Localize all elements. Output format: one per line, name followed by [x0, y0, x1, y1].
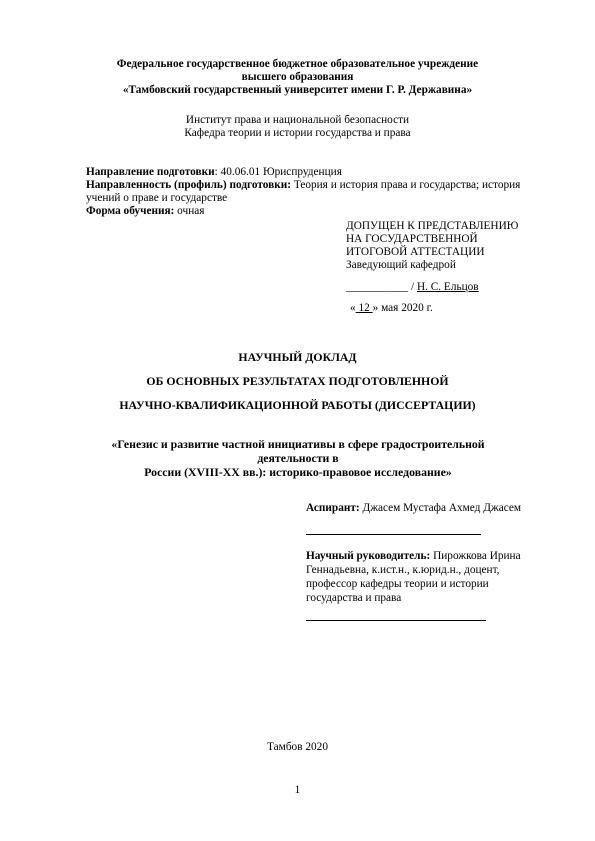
- approval-line-1: ДОПУЩЕН К ПРЕДСТАВЛЕНИЮ: [346, 220, 546, 233]
- document-title: НАУЧНЫЙ ДОКЛАД ОБ ОСНОВНЫХ РЕЗУЛЬТАТАХ П…: [70, 350, 525, 422]
- department-name: Кафедра теории и истории государства и п…: [70, 127, 525, 140]
- approval-date: « 12 » мая 2020 г.: [346, 302, 546, 315]
- form-value: очная: [174, 205, 204, 217]
- signature-separator: /: [408, 281, 417, 293]
- head-name: Н. С. Ельцов: [417, 281, 479, 293]
- institute-name: Институт права и национальной безопаснос…: [70, 114, 525, 127]
- title-line-2: ОБ ОСНОВНЫХ РЕЗУЛЬТАТАХ ПОДГОТОВЛЕННОЙ: [70, 374, 525, 388]
- org-name-line-2: высшего образования: [70, 71, 525, 84]
- approval-line-3: ИТОГОВОЙ АТТЕСТАЦИИ: [346, 246, 546, 259]
- advisor-block: Научный руководитель: Пирожкова Ирина Ге…: [306, 549, 536, 605]
- page-number: 1: [280, 784, 315, 797]
- institution-header: Федеральное государственное бюджетное об…: [70, 58, 525, 97]
- student-name: Джасем Мустафа Ахмед Джасем: [360, 502, 521, 514]
- advisor-signature-line: [306, 619, 486, 621]
- topic-line-2: России (XVIII-XX вв.): историко-правовое…: [78, 465, 518, 479]
- title-line-1: НАУЧНЫЙ ДОКЛАД: [70, 350, 525, 364]
- advisor-label: Научный руководитель:: [306, 550, 430, 562]
- student-signature-line: [306, 533, 481, 535]
- head-signature-line: ___________ / Н. С. Ельцов: [346, 281, 546, 294]
- advisor-details-line-1: Геннадьевна, к.ист.н., к.юрид.н., доцент…: [306, 563, 536, 577]
- profile-value-line-1: Теория и история права и государства; ис…: [291, 179, 520, 191]
- approval-block: ДОПУЩЕН К ПРЕДСТАВЛЕНИЮ НА ГОСУДАРСТВЕНН…: [346, 220, 546, 315]
- signature-blank: ___________: [346, 281, 408, 293]
- date-day: 12: [356, 302, 373, 314]
- topic-line-1: «Генезис и развитие частной инициативы в…: [78, 437, 518, 465]
- date-month-year: » мая 2020 г.: [373, 302, 433, 314]
- advisor-name: Пирожкова Ирина: [430, 550, 520, 562]
- direction-value: : 40.06.01 Юриспруденция: [215, 166, 342, 178]
- profile-row-continued: учений о праве и государстве: [86, 192, 528, 205]
- advisor-details-line-2: профессор кафедры теории и истории: [306, 577, 536, 591]
- student-row: Аспирант: Джасем Мустафа Ахмед Джасем: [306, 502, 536, 515]
- profile-value-line-2: учений о праве и государстве: [86, 192, 227, 204]
- profile-label: Направленность (профиль) подготовки:: [86, 179, 291, 191]
- signatories-block: Аспирант: Джасем Мустафа Ахмед Джасем На…: [306, 502, 536, 621]
- university-name: «Тамбовский государственный университет …: [70, 84, 525, 97]
- org-name-line-1: Федеральное государственное бюджетное об…: [70, 58, 525, 71]
- title-line-3: НАУЧНО-КВАЛИФИКАЦИОННОЙ РАБОТЫ (ДИССЕРТА…: [70, 398, 525, 412]
- advisor-details-line-3: государства и права: [306, 591, 536, 605]
- dissertation-topic: «Генезис и развитие частной инициативы в…: [78, 437, 518, 479]
- direction-label: Направление подготовки: [86, 166, 215, 178]
- program-meta: Направление подготовки: 40.06.01 Юриспру…: [86, 166, 528, 218]
- institute-block: Институт права и национальной безопаснос…: [70, 114, 525, 140]
- form-label: Форма обучения:: [86, 205, 174, 217]
- approval-line-2: НА ГОСУДАРСТВЕННОЙ: [346, 233, 546, 246]
- form-row: Форма обучения: очная: [86, 205, 528, 218]
- approval-position: Заведующий кафедрой: [346, 259, 546, 272]
- profile-row: Направленность (профиль) подготовки: Тео…: [86, 179, 528, 192]
- student-label: Аспирант:: [306, 502, 360, 514]
- city-year: Тамбов 2020: [200, 741, 395, 754]
- direction-row: Направление подготовки: 40.06.01 Юриспру…: [86, 166, 528, 179]
